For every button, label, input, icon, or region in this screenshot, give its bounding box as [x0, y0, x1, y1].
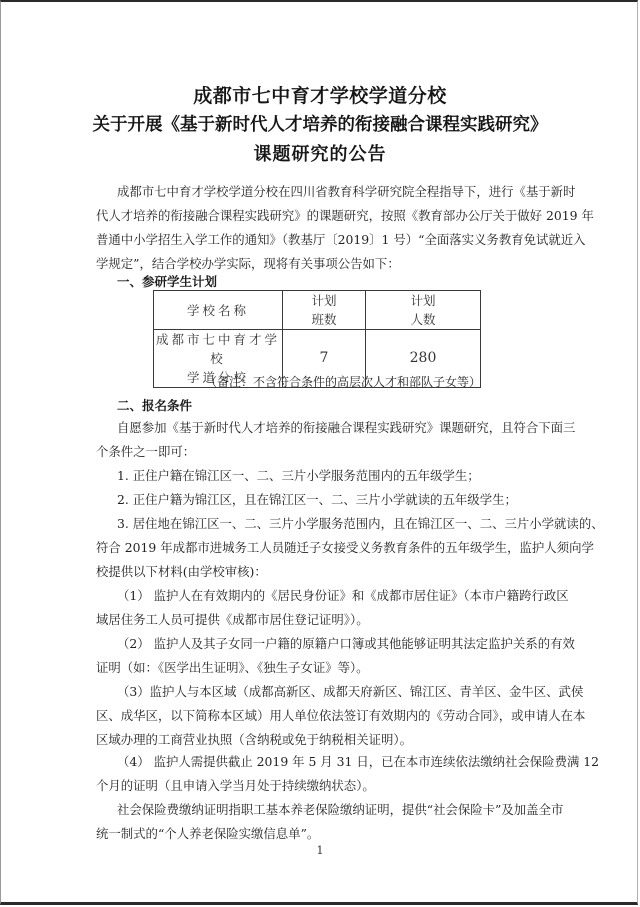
header-school-name: 学校名称 [154, 291, 283, 330]
document-title-school: 成都市七中育才学校学道分校 [0, 81, 640, 108]
header-planned-classes-line2: 班数 [283, 310, 365, 329]
document-title-subject: 关于开展《基于新时代人才培养的衔接融合课程实践研究》 [0, 111, 640, 136]
intro-paragraph-line: 普通中小学招生入学工作的通知》（教基厅〔2019〕1 号）“全面落实义务教育免试… [96, 230, 586, 248]
header-planned-students-line1: 计划 [366, 291, 480, 310]
conditions-intro-line: 个条件之一即可： [96, 442, 195, 460]
social-insurance-note-cont: 统一制式的“个人养老保险实缴信息单”。 [96, 824, 319, 842]
intro-paragraph-line: 成都市七中育才学校学道分校在四川省教育科学研究院全程指导下，进行《基于新时 [117, 182, 575, 200]
section-heading-conditions: 二、报名条件 [117, 396, 192, 414]
social-insurance-note: 社会保险费缴纳证明指职工基本养老保险缴纳证明，提供“社会保险卡”及加盖全市 [117, 800, 563, 818]
material-item-1-cont: 域居住务工人员可提供《成都市居住登记证明》）。 [96, 610, 369, 628]
material-item-3: （3）监护人与本区域（成都高新区、成都天府新区、锦江区、青羊区、金牛区、武侯 [117, 682, 583, 700]
header-planned-classes-line1: 计划 [283, 291, 365, 310]
material-item-2-cont: 证明（如：《医学出生证明》、《独生子女证》等）。 [96, 658, 369, 676]
material-item-3-cont: 区域办理的工商营业执照（含纳税或免于纳税相关证明）。 [96, 730, 412, 748]
table-note: （备注：不含符合条件的高层次人才和部队子女等） [205, 373, 481, 390]
material-item-1: （1） 监护人在有效期内的《居民身份证》和《成都市居住证》（本市户籍跨行政区 [117, 586, 569, 604]
condition-item-3-cont: 校提供以下材料(由学校审核)： [96, 562, 267, 580]
document-title-announcement: 课题研究的公告 [0, 140, 640, 166]
intro-paragraph-line: 学规定”，结合学校办学实际，现将有关事项公告如下： [96, 254, 400, 272]
header-planned-students: 计划 人数 [366, 291, 481, 330]
condition-item-3: 3. 居住地在锦江区一、二、三片小学服务范围内，且在锦江区一、二、三片小学就读的… [117, 514, 604, 532]
page-number: 1 [0, 844, 640, 857]
condition-item-3-cont: 符合 2019 年成都市进城务工人员随迁子女接受义务教育条件的五年级学生，监护人… [96, 538, 594, 556]
header-planned-students-line2: 人数 [366, 310, 480, 329]
condition-item-2: 2. 正住户籍为锦江区，且在锦江区一、二、三片小学就读的五年级学生； [117, 490, 517, 508]
conditions-intro-line: 自愿参加《基于新时代人才培养的衔接融合课程实践研究》课题研究，且符合下面三 [117, 418, 575, 436]
condition-item-1: 1. 正住户籍在锦江区一、二、三片小学服务范围内的五年级学生； [117, 466, 480, 484]
material-item-4-cont: 个月的证明（且申请入学当月处于持续缴纳状态）。 [96, 776, 375, 794]
table-header-row: 学校名称 计划 班数 计划 人数 [154, 291, 481, 330]
header-planned-classes: 计划 班数 [283, 291, 366, 330]
material-item-2: （2） 监护人及其子女同一户籍的原籍户口簿或其他能够证明其法定监护关系的有效 [117, 634, 575, 652]
cell-school-name-line1: 成都市七中育才学校 [154, 330, 282, 368]
material-item-3-cont: 区、成华区，以下简称本区域）用人单位依法签订有效期内的《劳动合同》，或申请人在本 [96, 706, 585, 724]
material-item-4: （4） 监护人需提供截止 2019 年 5 月 31 日，已在本市连续依法缴纳社… [117, 752, 599, 770]
intro-paragraph-line: 代人才培养的衔接融合课程实践研究》的课题研究，按照《教育部办公厅关于做好 201… [96, 206, 594, 224]
section-heading-plan: 一、参研学生计划 [117, 272, 217, 290]
